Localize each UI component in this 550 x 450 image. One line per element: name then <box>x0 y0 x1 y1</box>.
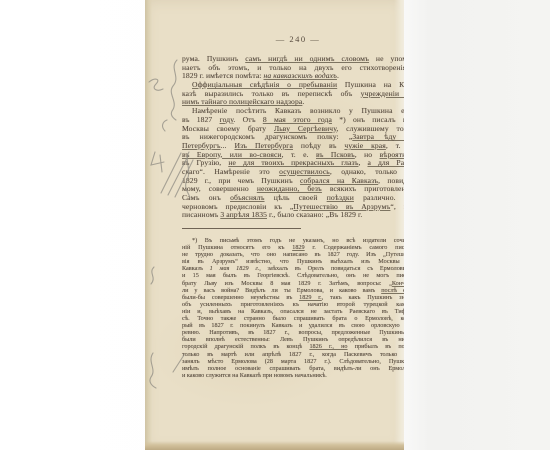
page-bottom-edge <box>145 441 404 450</box>
footnote-block: *) Въ письмѣ этомъ годъ не указанъ, но в… <box>182 237 404 379</box>
text-line: имѣлъ полное основаніе спрашивать брата,… <box>182 365 404 372</box>
book-page: — 240 — рума. Пушкинъ самъ нигдѣ ни одни… <box>145 0 404 450</box>
text-line: занялъ мѣсто Ермолова (28 марта 1827 г.)… <box>182 358 404 365</box>
text-line: городскій драгунскій полкъ въ концѣ 1826… <box>182 343 404 350</box>
scan-background: — 240 — рума. Пушкинъ самъ нигдѣ ни одни… <box>0 0 550 450</box>
text-line: объ усиленныхъ приготовленіяхъ къ начаті… <box>182 301 404 308</box>
text-line: ніи и, выѣхавъ на Кавказъ, опасался не з… <box>182 308 404 315</box>
page-left-edge <box>145 0 152 450</box>
text-line: и каково служится на Кавказѣ при новомъ … <box>182 372 404 379</box>
text-line: ній Пушкина относятъ его къ 1829 г. Соде… <box>182 244 404 251</box>
text-line: ли у васъ война? Видѣлъ ли ты Ермолова, … <box>182 287 404 294</box>
text-line: и 15 мая былъ въ Георгіевскѣ. Слѣдовател… <box>182 272 404 279</box>
text-line: были-бы совершенно неумѣстны въ 1829 г.,… <box>182 294 404 301</box>
text-line: только въ мартѣ или апрѣлѣ 1827 г., когд… <box>182 351 404 358</box>
page-number: — 240 — <box>182 34 404 44</box>
footnote-separator <box>182 228 301 229</box>
text-line: рый въ 1827 г. покинулъ Кавказъ и удалил… <box>182 322 404 329</box>
text-line: писанномъ 3 апрѣля 1835 г., было сказано… <box>182 211 404 220</box>
text-line: брату Льву изъ Москвы 8 мая 1829 г. Затѣ… <box>182 280 404 287</box>
main-text-block: рума. Пушкинъ самъ нигдѣ ни однимъ слово… <box>182 55 404 220</box>
